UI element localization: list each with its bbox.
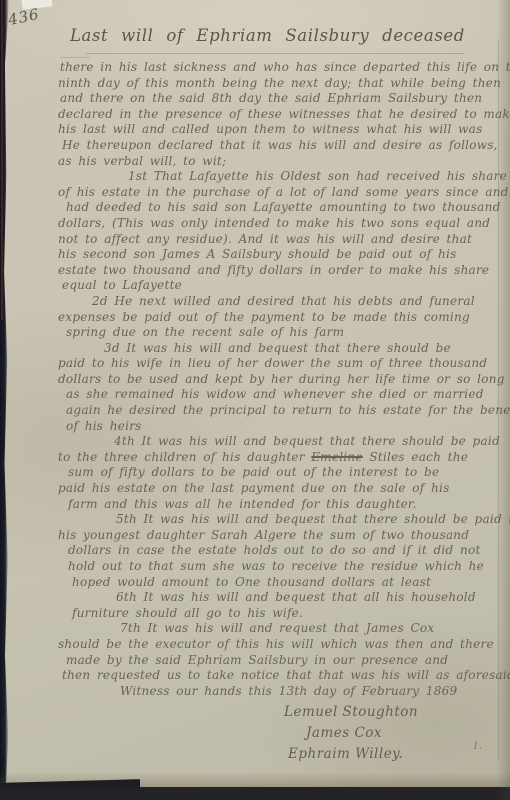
body-line: and there on the said 8th day the said E… [60, 91, 502, 107]
edge-ink-mark: 1. [472, 741, 482, 752]
faint-ledger-line [60, 57, 90, 58]
body-line: of his estate in the purchase of a lot o… [58, 185, 502, 201]
struck-out-word: Emeline [311, 450, 363, 464]
signature: Ephraim Willey. [288, 744, 418, 765]
body-line: 4th It was his will and bequest that the… [114, 434, 502, 450]
body-line: equal to Lafayette [62, 278, 502, 294]
body-line: dollars to be used and kept by her durin… [58, 372, 502, 388]
body-line: not to affect any residue). And it was h… [58, 232, 502, 248]
body-line: 7th It was his will and request that Jam… [120, 621, 502, 637]
will-body-text: there in his last sickness and who has s… [58, 60, 502, 699]
witness-signatures: Lemuel StoughtonJames CoxEphraim Willey. [58, 702, 418, 765]
body-line: He thereupon declared that it was his wi… [62, 138, 502, 154]
body-line: Witness our hands this 13th day of Febru… [120, 684, 502, 700]
scanned-will-page: 436 Last will of Ephriam Sailsbury decea… [0, 0, 510, 800]
body-line: farm and this was all he intended for th… [68, 497, 502, 513]
body-line: as she remained his widow and whenever s… [66, 387, 502, 403]
page-title: Last will of Ephriam Sailsbury deceased [70, 26, 465, 45]
body-line: his second son James A Sailsbury should … [58, 247, 502, 263]
body-line: 1st That Lafayette his Oldest son had re… [128, 169, 502, 185]
body-line: had deeded to his said son Lafayette amo… [66, 200, 502, 216]
body-line: paid to his wife in lieu of her dower th… [58, 356, 502, 372]
body-line: dollars in case the estate holds out to … [68, 543, 502, 559]
body-line: spring due on the recent sale of his far… [66, 325, 502, 341]
body-line: hold out to that sum she was to receive … [68, 559, 502, 575]
body-line: 6th It was his will and bequest that all… [116, 590, 502, 606]
body-line: ninth day of this month being the next d… [58, 76, 502, 92]
body-line: furniture should all go to his wife. [72, 606, 502, 622]
body-line: his youngest daughter Sarah Algere the s… [58, 528, 502, 544]
binding-red-line [1, 0, 3, 320]
body-line: then requested us to take notice that th… [62, 668, 502, 684]
page-number: 436 [6, 5, 41, 29]
body-line: hoped would amount to One thousand dolla… [72, 575, 502, 591]
body-line: of his heirs [66, 419, 502, 435]
body-line: 3d It was his will and bequest that ther… [104, 341, 502, 357]
body-line: there in his last sickness and who has s… [60, 60, 502, 76]
signature: Lemuel Stoughton [284, 702, 418, 723]
body-line: his last will and called upon them to wi… [58, 122, 502, 138]
body-line: dollars, (This was only intended to make… [58, 216, 502, 232]
body-line: declared in the presence of these witnes… [58, 107, 502, 123]
body-line: paid his estate on the last payment due … [58, 481, 502, 497]
table-shadow-band [0, 787, 510, 800]
body-line: again he desired the principal to return… [66, 403, 502, 419]
title-underline [86, 53, 464, 54]
body-line: should be the executor of this his will … [58, 637, 502, 653]
body-line: made by the said Ephriam Sailsbury in ou… [66, 653, 502, 669]
body-line: as his verbal will, to wit; [58, 154, 502, 170]
body-line: estate two thousand and fifty dollars in… [58, 263, 502, 279]
body-line: to the three children of his daughter Em… [58, 450, 502, 466]
body-line: 5th It was his will and bequest that the… [116, 512, 502, 528]
body-line: expenses be paid out of the payment to b… [58, 310, 502, 326]
body-line: sum of fifty dollars to be paid out of t… [68, 465, 502, 481]
body-line: 2d He next willed and desired that his d… [92, 294, 502, 310]
page-edge-line [498, 40, 499, 760]
signature: James Cox [306, 723, 418, 744]
